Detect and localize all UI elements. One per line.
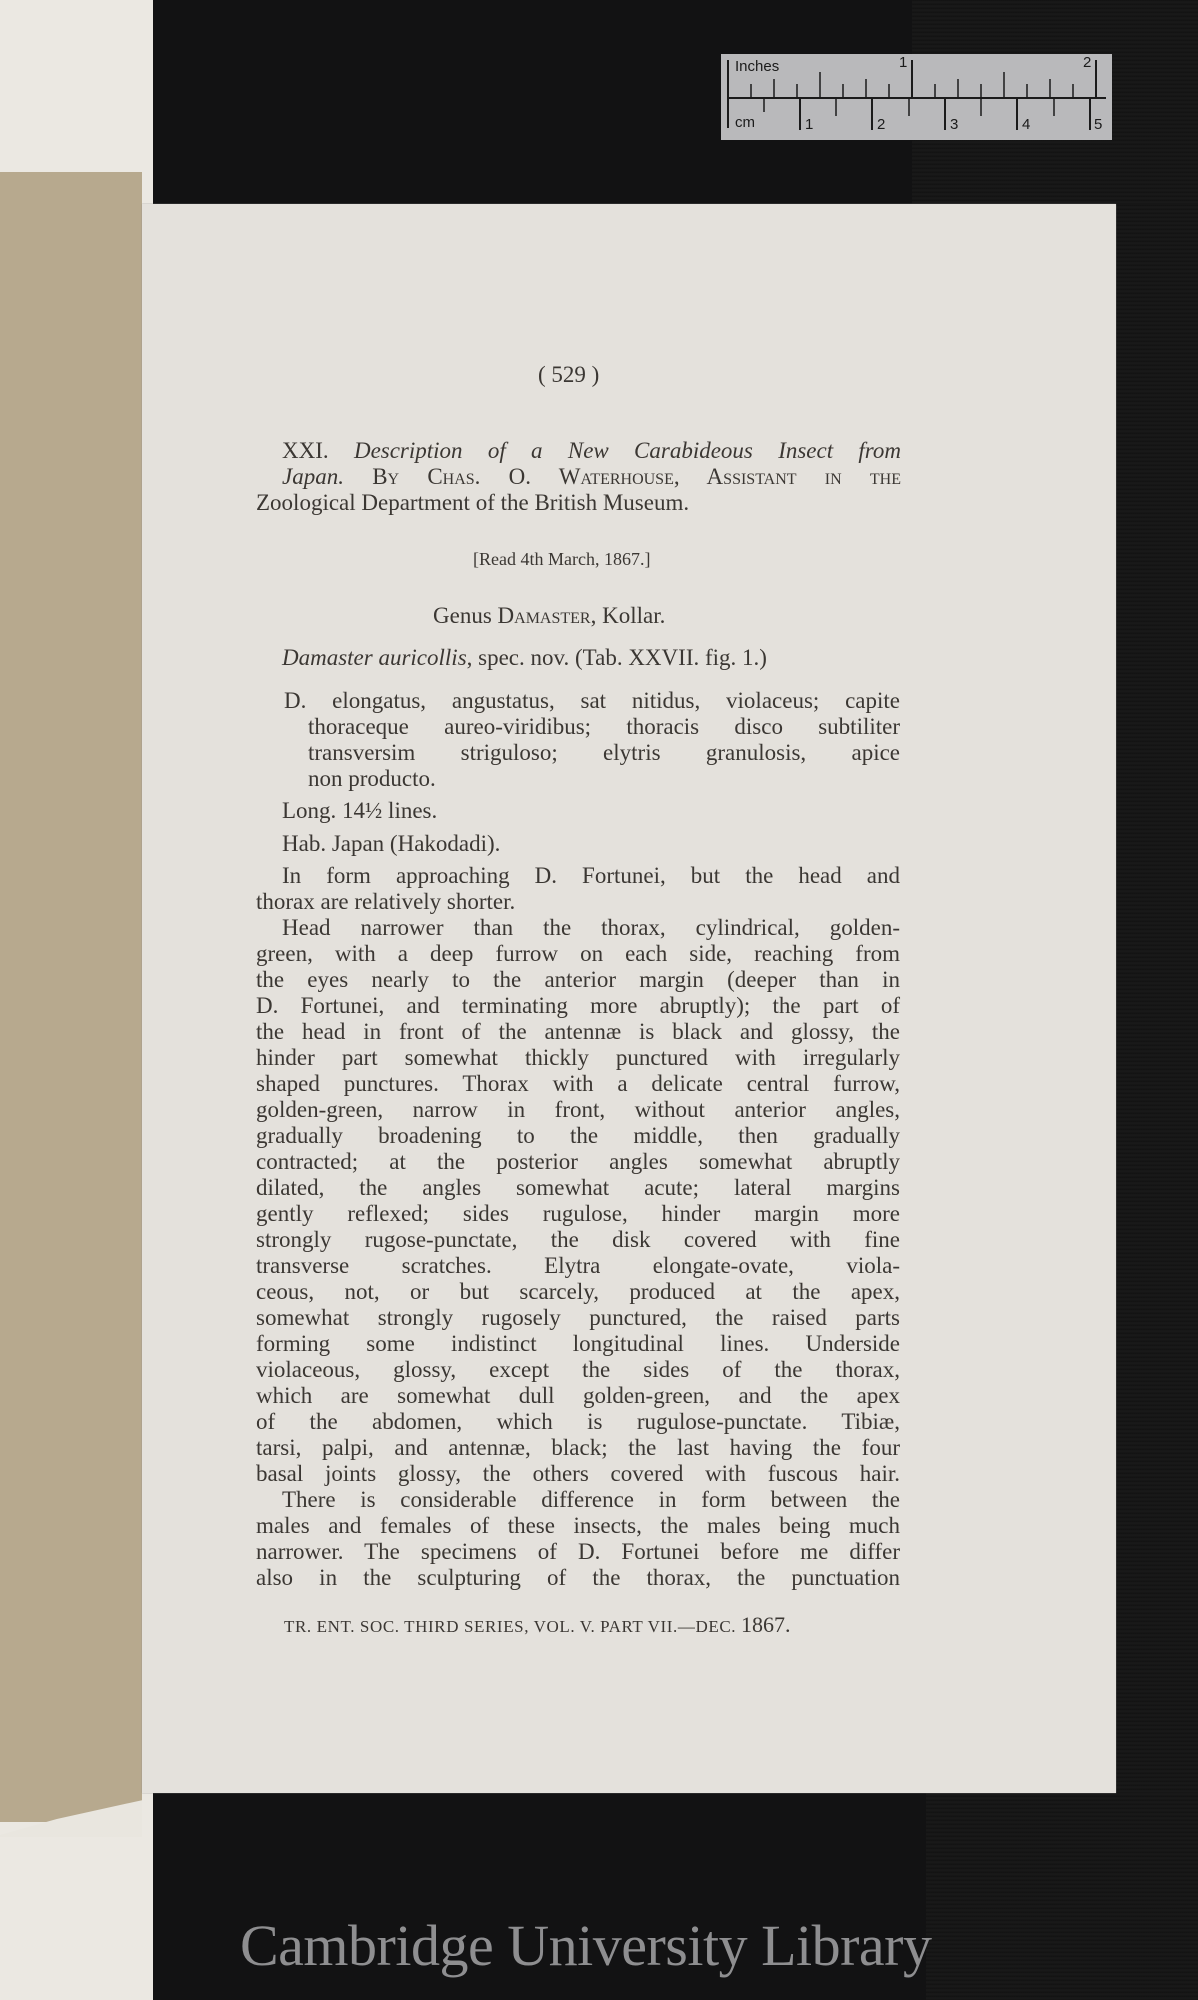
body-text-line: shaped punctures. Thorax with a delicate…: [256, 1071, 900, 1097]
ruler-inch-mark: 1: [899, 54, 907, 71]
latin-description-line: non producto.: [308, 766, 436, 792]
article-author: By Chas. O. Waterhouse, Assistant in the: [372, 464, 901, 489]
ruler-cm-mark: 5: [1094, 116, 1102, 133]
body-text-line: forming some indistinct longitudinal lin…: [256, 1331, 900, 1357]
body-text-line: violaceous, glossy, except the sides of …: [256, 1357, 900, 1383]
ruler-ticks: [721, 54, 1112, 140]
journal-citation: TR. ENT. SOC. THIRD SERIES, VOL. V. PART…: [284, 1617, 741, 1636]
genus-authority: , Kollar.: [591, 603, 666, 628]
body-text-line: which are somewhat dull golden-green, an…: [256, 1383, 900, 1409]
dark-texture-strip-bottom: [926, 1793, 1198, 2000]
journal-year: 1867.: [741, 1612, 791, 1637]
ruler-inches-label: Inches: [735, 58, 779, 75]
latin-description-line: transversim striguloso; elytris granulos…: [308, 740, 900, 766]
species-name: Damaster auricollis: [282, 645, 467, 670]
body-text-line: D. Fortunei, and terminating more abrupt…: [256, 993, 900, 1019]
body-text-line: the eyes nearly to the anterior margin (…: [256, 967, 900, 993]
article-heading-line-1: XXI. Description of a New Carabideous In…: [282, 438, 901, 464]
journal-footer: TR. ENT. SOC. THIRD SERIES, VOL. V. PART…: [284, 1612, 791, 1640]
body-text-line: gradually broadening to the middle, then…: [256, 1123, 900, 1149]
genus-line: Genus Damaster, Kollar.: [433, 603, 665, 629]
tan-cover-flap: [0, 172, 142, 1822]
length-note: Long. 14½ lines.: [282, 798, 437, 824]
latin-description-line: D. elongatus, angustatus, sat nitidus, v…: [284, 688, 900, 714]
article-heading-line-2: Japan. By Chas. O. Waterhouse, Assistant…: [282, 464, 901, 490]
latin-description-line: thoraceque aureo-viridibus; thoracis dis…: [308, 714, 900, 740]
ruler-cm-mark: 4: [1022, 116, 1030, 133]
body-text-line: hinder part somewhat thickly punctured w…: [256, 1045, 900, 1071]
library-watermark: Cambridge University Library: [240, 1912, 932, 1979]
body-text-line: also in the sculpturing of the thorax, t…: [256, 1565, 900, 1591]
body-text-line: somewhat strongly rugosely punctured, th…: [256, 1305, 900, 1331]
read-date-note: [Read 4th March, 1867.]: [473, 546, 650, 572]
ruler-inch-mark: 2: [1083, 54, 1091, 71]
genus-name: Damaster: [498, 603, 591, 628]
species-note: , spec. nov. (Tab. XXVII. fig. 1.): [467, 645, 767, 670]
body-text-line: the head in front of the antennæ is blac…: [256, 1019, 900, 1045]
body-text-line: thorax are relatively shorter.: [256, 889, 515, 915]
body-text-line: strongly rugose-punctate, the disk cover…: [256, 1227, 900, 1253]
ruler-cm-mark: 1: [805, 116, 813, 133]
page-number: ( 529 ): [538, 362, 599, 388]
habitat-note: Hab. Japan (Hakodadi).: [282, 831, 500, 857]
body-text-line: There is considerable difference in form…: [282, 1487, 900, 1513]
body-text-line: dilated, the angles somewhat acute; late…: [256, 1175, 900, 1201]
body-text-line: basal joints glossy, the others covered …: [256, 1461, 900, 1487]
article-numeral: XXI.: [282, 438, 329, 463]
ruler-cm-mark: 3: [950, 116, 958, 133]
genus-prefix: Genus: [433, 603, 498, 628]
ruler-cm-label: cm: [735, 114, 755, 131]
body-text-line: gently reflexed; sides rugulose, hinder …: [256, 1201, 900, 1227]
body-text-line: narrower. The specimens of D. Fortunei b…: [256, 1539, 900, 1565]
body-text-line: green, with a deep furrow on each side, …: [256, 941, 900, 967]
body-text-line: tarsi, palpi, and antennæ, black; the la…: [256, 1435, 900, 1461]
article-title: Description of a New Carabideous Insect …: [354, 438, 901, 463]
body-text-line: of the abdomen, which is rugulose-puncta…: [256, 1409, 900, 1435]
body-text-line: Head narrower than the thorax, cylindric…: [282, 915, 900, 941]
article-heading-line-3: Zoological Department of the British Mus…: [256, 490, 689, 516]
body-text-line: ceous, not, or but scarcely, produced at…: [256, 1279, 900, 1305]
ruler-cm-mark: 2: [877, 116, 885, 133]
body-text-line: golden-green, narrow in front, without a…: [256, 1097, 900, 1123]
scale-ruler: Inches 1 2 cm 1 2 3 4 5: [721, 54, 1112, 140]
dark-texture-strip-right: [1116, 204, 1198, 1793]
body-text-line: transverse scratches. Elytra elongate-ov…: [256, 1253, 900, 1279]
body-text-line: contracted; at the posterior angles some…: [256, 1149, 900, 1175]
body-text-line: In form approaching D. Fortunei, but the…: [282, 863, 900, 889]
body-text-line: males and females of these insects, the …: [256, 1513, 900, 1539]
article-title-end: Japan.: [282, 464, 344, 489]
species-line: Damaster auricollis, spec. nov. (Tab. XX…: [282, 645, 767, 671]
